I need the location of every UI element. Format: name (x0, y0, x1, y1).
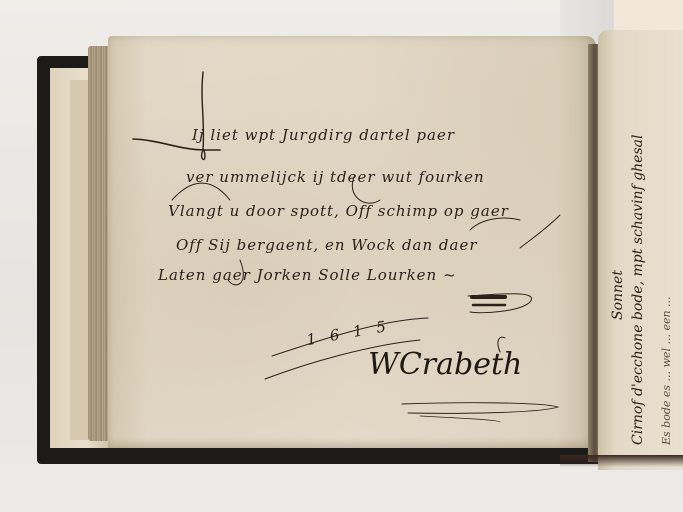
verse-line-4: Off Sij bergaent, en Wock dan daer (176, 236, 478, 254)
signature: WCrabeth (368, 347, 522, 382)
manuscript-photo: Ij liet wpt Jurgdirg dartel paer ver umm… (0, 0, 683, 512)
verse-line-2: ver ummelijck ij tdeer wut fourken (186, 168, 485, 186)
sonnet-line-1: Cirnof d'ecchone bode, mpt schavinf ghes… (630, 135, 646, 445)
ink-flourishes (0, 0, 683, 512)
verse-line-3: Vlangt u door spott, Off schimp op gaer (168, 202, 509, 220)
sonnet-line-2: Es bode es ... wel ... een ... (660, 296, 673, 445)
verse-line-5: Laten gaer Jorken Solle Lourken ~ (158, 266, 457, 284)
verse-line-1: Ij liet wpt Jurgdirg dartel paer (192, 126, 455, 144)
sonnet-title: Sonnet (610, 270, 626, 320)
